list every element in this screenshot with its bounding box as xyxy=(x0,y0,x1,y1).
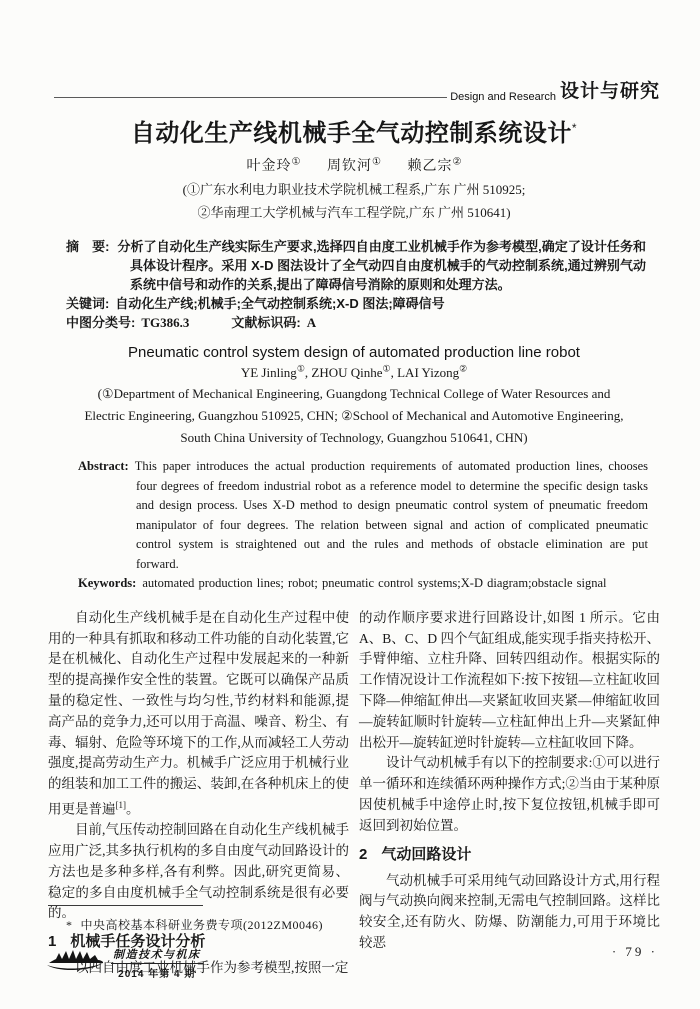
affiliation-line: South China University of Technology, Gu… xyxy=(48,427,660,449)
abstract-en-text: This paper introduces the actual product… xyxy=(135,459,648,571)
abstract-en: Abstract:This paper introduces the actua… xyxy=(78,457,648,574)
author-name: 周钦河 xyxy=(327,159,372,174)
body-column-right: 的动作顺序要求进行回路设计,如图 1 所示。它由 A、B、C、D 四个气缸组成,… xyxy=(359,608,660,979)
footnote-rule xyxy=(48,905,203,906)
paragraph-text: 。 xyxy=(126,802,140,817)
paragraph: 设计气动机械手有以下的控制要求:①可以进行单一循环和连续循环两种操作方式;②当由… xyxy=(359,753,660,836)
journal-name: 制造技术与机床 xyxy=(111,946,203,964)
author-affil-mark: ① xyxy=(383,364,391,374)
paragraph: 气动机械手可采用纯气动回路设计方式,用行程阀与气动换向阀来控制,无需电气控制回路… xyxy=(359,871,660,954)
doc-code-label: 文献标识码: xyxy=(231,315,300,330)
paragraph: 目前,气压传动控制回路在自动化生产线机械手应用广泛,其多执行机构的多自由度气动回… xyxy=(48,820,349,924)
journal-section-zh: 设计与研究 xyxy=(560,76,660,103)
author-name: 叶金玲 xyxy=(247,159,292,174)
journal-section-en: Design and Research xyxy=(450,91,556,103)
article-title-en: Pneumatic control system design of autom… xyxy=(48,344,660,361)
journal-issue: 2014 年第 4 期 xyxy=(111,965,203,980)
paragraph-text: 自动化生产线机械手是在自动化生产过程中使用的一种具有抓取和移动工件功能的自动化装… xyxy=(48,610,349,817)
clc-label: 中图分类号: xyxy=(66,315,135,330)
author-affil-mark: ① xyxy=(372,156,381,167)
author-en: ZHOU Qinhe①, xyxy=(311,365,397,380)
affiliation-line: (①广东水利电力职业技术学院机械工程系,广东 广州 510925; xyxy=(48,178,660,201)
header-rule xyxy=(54,97,447,98)
section-title: 气动回路设计 xyxy=(381,846,471,863)
abstract-zh: 摘 要:分析了自动化生产线实际生产要求,选择四自由度工业机械手作为参考模型,确定… xyxy=(66,237,646,294)
author-en: LAI Yizong② xyxy=(397,365,467,380)
doc-code-value: A xyxy=(307,315,316,330)
abstract-en-label: Abstract: xyxy=(78,459,129,473)
clc-value: TG386.3 xyxy=(141,315,189,330)
paragraph: 的动作顺序要求进行回路设计,如图 1 所示。它由 A、B、C、D 四个气缸组成,… xyxy=(359,608,660,754)
section-heading-2: 2气动回路设计 xyxy=(359,845,660,865)
abstract-zh-label: 摘 要: xyxy=(66,239,109,254)
journal-logo-icon xyxy=(46,946,104,977)
author-affil-mark: ② xyxy=(459,364,467,374)
affiliation-line: (①Department of Mechanical Engineering, … xyxy=(48,383,660,405)
article-title-text: 自动化生产线机械手全气动控制系统设计 xyxy=(131,120,572,147)
article-title: 自动化生产线机械手全气动控制系统设计* xyxy=(48,113,660,148)
affiliation-line: ②华南理工大学机械与汽车工程学院,广东 广州 510641) xyxy=(48,201,660,224)
keywords-zh: 关键词:自动化生产线;机械手;全气动控制系统;X-D 图法;障碍信号 xyxy=(66,294,646,313)
keywords-zh-text: 自动化生产线;机械手;全气动控制系统;X-D 图法;障碍信号 xyxy=(115,296,444,311)
affiliations-zh: (①广东水利电力职业技术学院机械工程系,广东 广州 510925; ②华南理工大… xyxy=(48,178,660,224)
footnote: *中央高校基本科研业务费专项(2012ZM0046) xyxy=(66,916,323,933)
keywords-zh-label: 关键词: xyxy=(66,296,109,311)
footnote-text: 中央高校基本科研业务费专项(2012ZM0046) xyxy=(81,918,324,932)
author-affil-mark: ① xyxy=(297,364,305,374)
author-affil-mark: ① xyxy=(292,156,301,167)
page-number: · 79 · xyxy=(612,944,658,960)
journal-page: Design and Research 设计与研究 自动化生产线机械手全气动控制… xyxy=(0,0,700,1009)
affiliations-en: (①Department of Mechanical Engineering, … xyxy=(48,383,660,449)
journal-logo-text: 制造技术与机床 2014 年第 4 期 xyxy=(111,946,203,980)
author-name: ZHOU Qinhe xyxy=(311,365,382,380)
keywords-en-text: automated production lines; robot; pneum… xyxy=(142,576,606,590)
authors-zh: 叶金玲① 周钦河① 赖乙宗② xyxy=(48,155,660,175)
journal-header: Design and Research 设计与研究 xyxy=(48,76,660,103)
citation-ref: [1] xyxy=(116,800,127,810)
author-zh: 周钦河① xyxy=(327,159,381,174)
author-name: YE Jinling xyxy=(241,365,297,380)
journal-logo: 制造技术与机床 2014 年第 4 期 xyxy=(46,946,203,980)
author-zh: 叶金玲① xyxy=(247,159,301,174)
affiliation-line: Electric Engineering, Guangzhou 510925, … xyxy=(48,405,660,427)
author-affil-mark: ② xyxy=(452,156,461,167)
section-number: 2 xyxy=(359,846,367,863)
keywords-en-label: Keywords: xyxy=(78,576,136,590)
authors-en: YE Jinling①, ZHOU Qinhe①, LAI Yizong② xyxy=(48,364,660,381)
author-name: 赖乙宗 xyxy=(407,159,452,174)
abstract-zh-text: 分析了自动化生产线实际生产要求,选择四自由度工业机械手作为参考模型,确定了设计任… xyxy=(117,239,646,292)
keywords-en: Keywords:automated production lines; rob… xyxy=(78,574,648,594)
paragraph: 自动化生产线机械手是在自动化生产过程中使用的一种具有抓取和移动工件功能的自动化装… xyxy=(48,608,349,820)
author-en: YE Jinling①, xyxy=(241,365,312,380)
classification-line: 中图分类号:TG386.3文献标识码:A xyxy=(66,313,646,332)
title-footnote-mark: * xyxy=(572,121,577,135)
author-zh: 赖乙宗② xyxy=(407,159,461,174)
footnote-mark: * xyxy=(66,918,73,932)
author-name: LAI Yizong xyxy=(397,365,459,380)
